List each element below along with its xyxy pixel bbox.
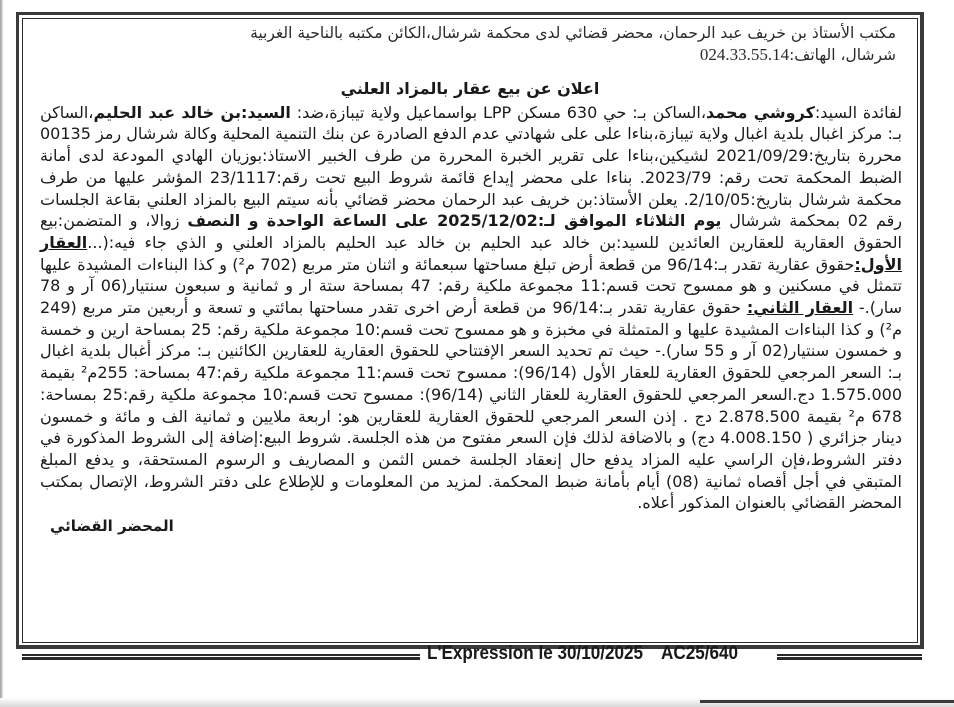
- notice-body: لفائدة السيد:كروشي محمد،الساكن بـ: حي 63…: [36, 102, 904, 514]
- bailiff-phone-line: شرشال، الهاتف:024.33.55.14: [36, 44, 896, 66]
- phone-label: شرشال، الهاتف:: [789, 46, 896, 64]
- footer-rule-left: [22, 654, 420, 660]
- footer-rule-right: [777, 654, 922, 660]
- signature: المحضر القضائي: [36, 516, 904, 538]
- defendant-name: السيد:بن خالد عبد الحليم: [93, 103, 290, 122]
- phone-number: 024.33.55.14: [700, 45, 789, 64]
- bailiff-header: مكتب الأستاذ بن خريف عبد الرحمان، محضر ق…: [36, 22, 896, 66]
- publication-name-date: L'Expression le 30/10/2025: [427, 643, 643, 664]
- next-clipping-border: [700, 700, 954, 703]
- publication-credit: L'Expression le 30/10/2025AC25/640: [427, 643, 738, 665]
- property-2-label: العقار الثاني:: [747, 298, 853, 317]
- beneficiary-address: ،الساكن بـ: حي 630 مسكن LPP بواسماعيل ول…: [291, 103, 706, 122]
- scan-edge: [0, 0, 3, 707]
- publication-footer: L'Expression le 30/10/2025AC25/640: [22, 649, 922, 673]
- property-2-description-and-conditions: حقوق عقارية تقدر بـ:96/14 من قطعة أرض اخ…: [40, 298, 902, 512]
- notice-content: مكتب الأستاذ بن خريف عبد الرحمان، محضر ق…: [36, 22, 904, 538]
- sale-date: يوم الثلاثاء الموافق لـ:2025/12/02 على ا…: [187, 211, 721, 230]
- publication-reference: AC25/640: [661, 643, 738, 664]
- bailiff-office-line: مكتب الأستاذ بن خريف عبد الرحمان، محضر ق…: [36, 22, 896, 44]
- beneficiary-name: كروشي محمد: [706, 103, 815, 122]
- notice-title: اعلان عن بيع عقار بالمزاد العلني: [36, 78, 904, 100]
- beneficiary-label: لفائدة السيد:: [815, 103, 902, 122]
